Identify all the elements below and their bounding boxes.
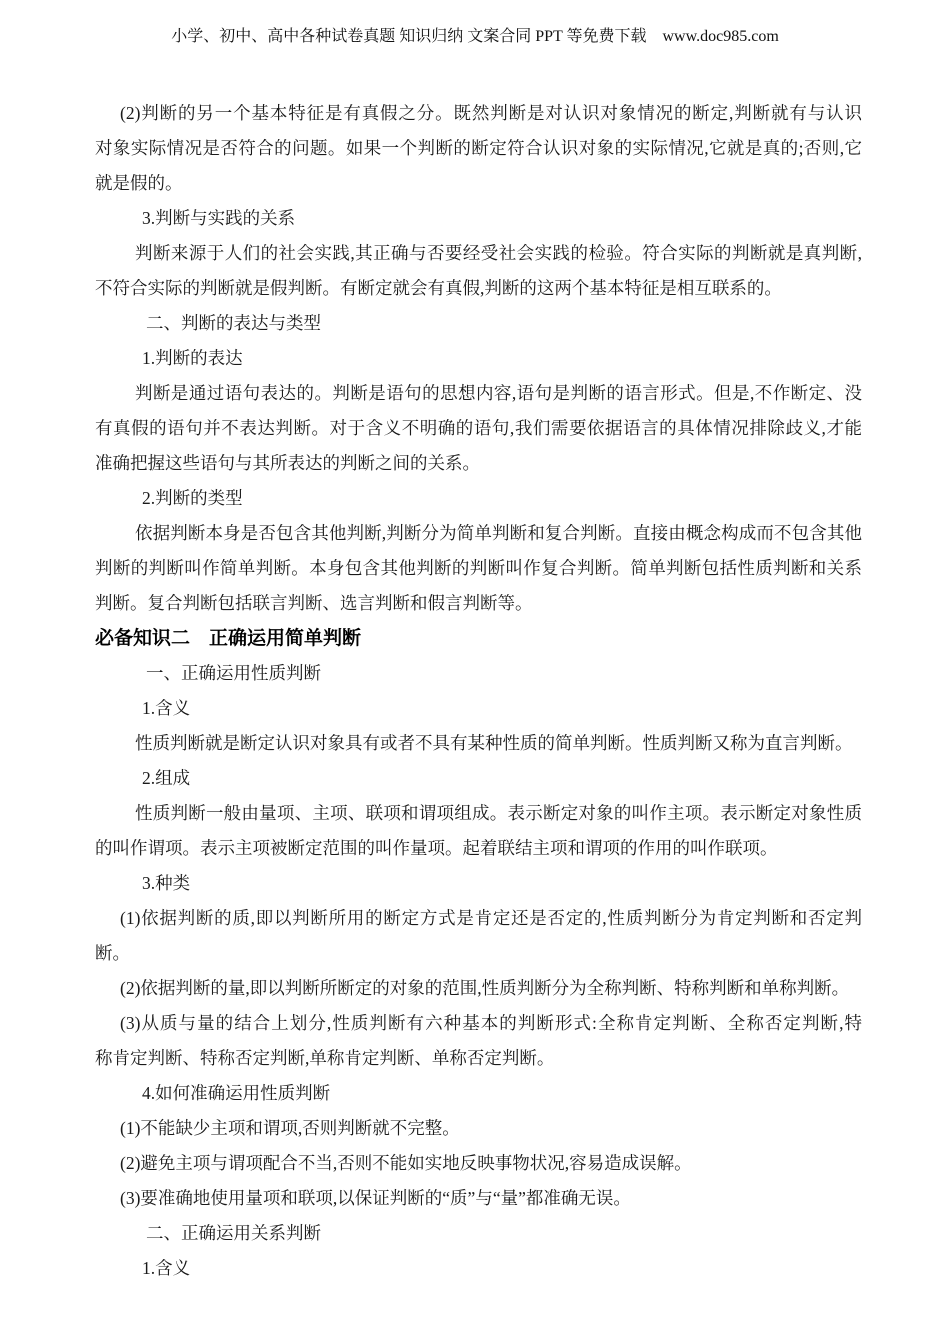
text-line: (3)要准确地使用量项和联项,以保证判断的“质”与“量”都准确无误。 — [95, 1181, 862, 1216]
text-line: 1.判断的表达 — [95, 341, 862, 376]
text-line: 3.判断与实践的关系 — [95, 201, 862, 236]
text-line: (2)判断的另一个基本特征是有真假之分。既然判断是对认识对象情况的断定,判断就有… — [95, 96, 862, 131]
text-line: 对象实际情况是否符合的问题。如果一个判断的断定符合认识对象的实际情况,它就是真的… — [95, 131, 862, 166]
document-page: 小学、初中、高中各种试卷真题 知识归纳 文案合同 PPT 等免费下载 www.d… — [0, 0, 950, 1344]
text-line: 必备知识二 正确运用简单判断 — [95, 621, 862, 656]
text-line: (3)从质与量的结合上划分,性质判断有六种基本的判断形式:全称肯定判断、全称否定… — [95, 1006, 862, 1041]
text-line: 依据判断本身是否包含其他判断,判断分为简单判断和复合判断。直接由概念构成而不包含… — [95, 516, 862, 551]
text-line: 1.含义 — [95, 691, 862, 726]
text-line: 断。 — [95, 936, 862, 971]
text-line: (2)避免主项与谓项配合不当,否则不能如实地反映事物状况,容易造成误解。 — [95, 1146, 862, 1181]
text-line: 4.如何准确运用性质判断 — [95, 1076, 862, 1111]
text-line: 判断是通过语句表达的。判断是语句的思想内容,语句是判断的语言形式。但是,不作断定… — [95, 376, 862, 411]
page-header-watermark: 小学、初中、高中各种试卷真题 知识归纳 文案合同 PPT 等免费下载 www.d… — [0, 26, 950, 48]
text-line: 判断的判断叫作简单判断。本身包含其他判断的判断叫作复合判断。简单判断包括性质判断… — [95, 551, 862, 586]
text-line: 一、正确运用性质判断 — [95, 656, 862, 691]
text-line: 准确把握这些语句与其所表达的判断之间的关系。 — [95, 446, 862, 481]
text-line: (1)依据判断的质,即以判断所用的断定方式是肯定还是否定的,性质判断分为肯定判断… — [95, 901, 862, 936]
document-body: (2)判断的另一个基本特征是有真假之分。既然判断是对认识对象情况的断定,判断就有… — [95, 96, 862, 1286]
text-line: 判断。复合判断包括联言判断、选言判断和假言判断等。 — [95, 586, 862, 621]
text-line: 的叫作谓项。表示主项被断定范围的叫作量项。起着联结主项和谓项的作用的叫作联项。 — [95, 831, 862, 866]
text-line: 判断来源于人们的社会实践,其正确与否要经受社会实践的检验。符合实际的判断就是真判… — [95, 236, 862, 271]
text-line: 3.种类 — [95, 866, 862, 901]
text-line: (2)依据判断的量,即以判断所断定的对象的范围,性质判断分为全称判断、特称判断和… — [95, 971, 862, 1006]
text-line: 2.组成 — [95, 761, 862, 796]
text-line: 不符合实际的判断就是假判断。有断定就会有真假,判断的这两个基本特征是相互联系的。 — [95, 271, 862, 306]
text-line: (1)不能缺少主项和谓项,否则判断就不完整。 — [95, 1111, 862, 1146]
text-line: 称肯定判断、特称否定判断,单称肯定判断、单称否定判断。 — [95, 1041, 862, 1076]
text-line: 就是假的。 — [95, 166, 862, 201]
text-line: 1.含义 — [95, 1251, 862, 1286]
text-line: 有真假的语句并不表达判断。对于含义不明确的语句,我们需要依据语言的具体情况排除歧… — [95, 411, 862, 446]
text-line: 二、正确运用关系判断 — [95, 1216, 862, 1251]
text-line: 性质判断一般由量项、主项、联项和谓项组成。表示断定对象的叫作主项。表示断定对象性… — [95, 796, 862, 831]
text-line: 2.判断的类型 — [95, 481, 862, 516]
text-line: 二、判断的表达与类型 — [95, 306, 862, 341]
text-line: 性质判断就是断定认识对象具有或者不具有某种性质的简单判断。性质判断又称为直言判断… — [95, 726, 862, 761]
